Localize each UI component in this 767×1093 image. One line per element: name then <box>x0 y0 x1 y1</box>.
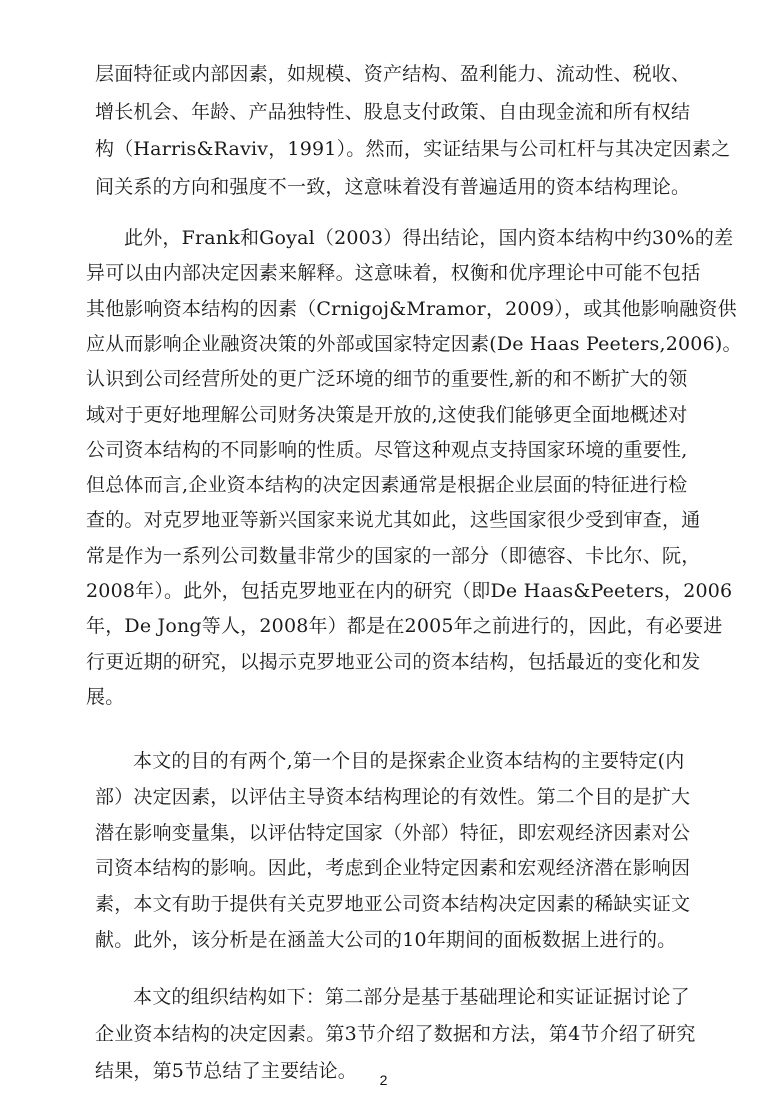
text-line: 构（Harris&Raviv，1991）。然而，实证结果与公司杠杆与其决定因素之 <box>95 137 730 161</box>
text-line: 此外，Frank和Goyal（2003）得出结论，国内资本结构中约30%的差 <box>124 226 733 250</box>
text-line-last: 展。 <box>86 685 124 709</box>
text-line: 异可以由内部决定因素来解释。这意味着，权衡和优序理论中可能不包括 <box>86 261 700 285</box>
text-line: 但总体而言,企业资本结构的决定因素通常是根据企业层面的特征进行检 <box>86 473 687 497</box>
text-line: 潜在影响变量集，以评估特定国家（外部）特征，即宏观经济因素对公 <box>95 821 690 845</box>
text-line: 企业资本结构的决定因素。第3节介绍了数据和方法，第4节介绍了研究 <box>95 1022 696 1046</box>
page-number: 2 <box>0 1072 767 1088</box>
text-line: 司资本结构的影响。因此，考虑到企业特定因素和宏观经济潜在影响因 <box>95 856 690 880</box>
text-line: 增长机会、年龄、产品独特性、股息支付政策、自由现金流和所有权结 <box>95 100 690 124</box>
text-line: 常是作为一系列公司数量非常少的国家的一部分（即德容、卡比尔、阮， <box>86 544 700 568</box>
text-line: 本文的组织结构如下：第二部分是基于基础理论和实证证据讨论了 <box>133 985 690 1009</box>
text-line: 素，本文有助于提供有关克罗地亚公司资本结构决定因素的稀缺实证文 <box>95 892 690 916</box>
text-line: 年，De Jong等人，2008年）都是在2005年之前进行的，因此，有必要进 <box>86 614 722 638</box>
text-line: 行更近期的研究，以揭示克罗地亚公司的资本结构，包括最近的变化和发 <box>86 650 700 674</box>
text-line: 其他影响资本结构的因素（Crnigoj&Mramor，2009），或其他影响融资… <box>86 297 737 321</box>
text-line: 认识到公司经营所处的更广泛环境的细节的重要性,新的和不断扩大的领 <box>86 367 687 391</box>
text-line: 查的。对克罗地亚等新兴国家来说尤其如此，这些国家很少受到审查，通 <box>86 508 700 532</box>
text-line: 部）决定因素，以评估主导资本结构理论的有效性。第二个目的是扩大 <box>95 785 690 809</box>
text-line: 间关系的方向和强度不一致，这意味着没有普遍适用的资本结构理论。 <box>95 175 690 199</box>
text-line: 层面特征或内部因素，如规模、资产结构、盈利能力、流动性、税收、 <box>95 62 707 86</box>
text-line: 献。此外，该分析是在涵盖大公司的10年期间的面板数据上进行的。 <box>95 928 676 952</box>
text-line: 公司资本结构的不同影响的性质。尽管这种观点支持国家环境的重要性, <box>86 438 687 462</box>
text-line: 2008年）。此外，包括克罗地亚在内的研究（即De Haas&Peeters，2… <box>86 579 732 603</box>
text-line: 本文的目的有两个,第一个目的是探索企业资本结构的主要特定(内 <box>133 749 684 773</box>
text-line: 域对于更好地理解公司财务决策是开放的,这使我们能够更全面地概述对 <box>86 403 687 427</box>
text-line: 应从而影响企业融资决策的外部或国家特定因素(De Haas Peeters,20… <box>86 332 742 356</box>
